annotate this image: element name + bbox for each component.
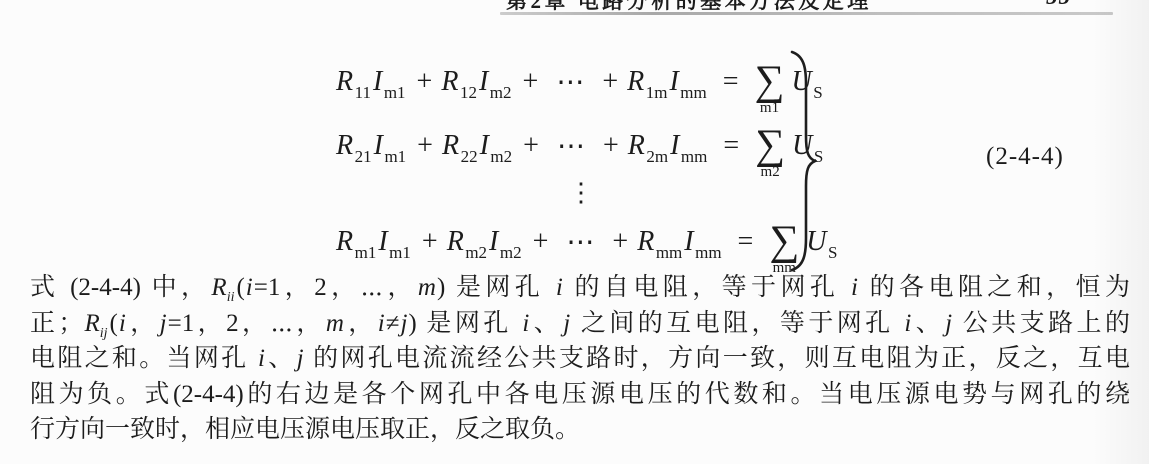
paragraph-line: 正；Rij(i，j=1，2，⋯，m，i≠j) 是网孔 i、j 之间的互电阻，等于… xyxy=(30,306,1130,342)
math-variable: i xyxy=(245,274,254,301)
text-run: ( xyxy=(110,310,118,337)
equation-row: R11Im1+R12Im2+⋯+R1mImm=∑m1US xyxy=(336,50,840,114)
math-variable: Rii xyxy=(210,274,236,301)
math-variable: Rm1 xyxy=(336,226,378,258)
math-variable: j xyxy=(159,310,168,337)
math-operator: + xyxy=(422,226,438,258)
math-variable: R22 xyxy=(442,130,480,162)
sigma-glyph: ∑ xyxy=(755,63,785,99)
equals-sign: = xyxy=(723,66,739,98)
math-variable: Im2 xyxy=(479,66,514,98)
math-variable: j xyxy=(944,310,953,337)
text-run: 电阻之和。当网孔 xyxy=(30,345,257,372)
text-run: 的自电阻，等于网孔 xyxy=(564,274,850,301)
math-variable: m xyxy=(325,310,345,337)
equals-sign: = xyxy=(723,130,739,162)
math-operator: + xyxy=(523,130,539,162)
paragraph-line: 阻为负。式(2-4-4)的右边是各个网孔中各电压源电压的代数和。当电压源电势与网… xyxy=(30,377,1130,413)
math-variable: R21 xyxy=(336,130,374,162)
math-operator: ⋯ xyxy=(557,129,585,163)
text-run: 式 (2-4-4) 中， xyxy=(30,274,210,301)
math-variable: R1m xyxy=(627,66,669,98)
paragraph-line: 式 (2-4-4) 中，Rii(i=1，2，⋯，m) 是网孔 i 的自电阻，等于… xyxy=(30,270,1130,306)
math-variable: Imm xyxy=(670,130,709,162)
header-rule xyxy=(500,12,1113,15)
math-variable: R11 xyxy=(336,66,373,98)
text-run: ， xyxy=(345,310,377,337)
text-run: 的各电阻之和，恒为 xyxy=(859,274,1130,301)
math-operator: + xyxy=(523,66,539,98)
math-variable: R12 xyxy=(441,66,479,98)
text-run: ) 是网孔 xyxy=(408,310,521,337)
text-run: 之间的互电阻，等于网孔 xyxy=(571,310,903,337)
math-operator: + xyxy=(533,226,549,258)
equation-row: Rm1Im1+Rm2Im2+⋯+RmmImm=∑mmUS xyxy=(336,210,840,274)
summation-symbol: ∑m1 xyxy=(755,63,785,116)
math-variable: i xyxy=(118,310,127,337)
math-operator: ⋯ xyxy=(556,65,584,99)
text-run: 的网孔电流流经公共支路时，方向一致，则互电阻为正，反之，互电 xyxy=(305,345,1130,372)
math-variable: Rij xyxy=(83,310,109,337)
math-variable: Rmm xyxy=(637,226,684,258)
paragraph-line: 电阻之和。当网孔 i、j 的网孔电流流经公共支路时，方向一致，则互电阻为正，反之… xyxy=(30,341,1130,377)
math-variable: i xyxy=(555,274,564,301)
text-run: 、 xyxy=(912,310,944,337)
math-variable: m xyxy=(417,274,437,301)
text-run: ) 是网孔 xyxy=(437,274,555,301)
text-run: 阻为负。式(2-4-4)的右边是各个网孔中各电压源电压的代数和。当电压源电势与网… xyxy=(30,381,1130,408)
page-number: 55 xyxy=(1046,0,1071,10)
math-variable: Im1 xyxy=(373,66,408,98)
math-operator: + xyxy=(417,130,433,162)
math-variable: Imm xyxy=(669,66,708,98)
math-variable: i xyxy=(903,310,912,337)
equation-row: R21Im1+R22Im2+⋯+R2mImm=∑m2US xyxy=(336,114,840,178)
math-variable: j xyxy=(562,310,571,337)
scanned-textbook-page: 第2章 电路分析的基本方法及定理 55 R11Im1+R12Im2+⋯+R1mI… xyxy=(0,0,1149,464)
summation-index: m2 xyxy=(761,165,780,180)
equation-number: (2-4-4) xyxy=(986,142,1064,172)
math-operator: + xyxy=(417,66,433,98)
text-run: 、 xyxy=(530,310,562,337)
math-variable: Im1 xyxy=(378,226,413,258)
body-paragraph: 式 (2-4-4) 中，Rii(i=1，2，⋯，m) 是网孔 i 的自电阻，等于… xyxy=(30,270,1130,448)
math-variable: i xyxy=(377,310,386,337)
text-run: ≠ xyxy=(386,310,400,337)
summation-index: m1 xyxy=(760,101,779,116)
text-run: 公共支路上的 xyxy=(953,310,1130,337)
sigma-glyph: ∑ xyxy=(755,127,785,163)
math-variable: Rm2 xyxy=(447,226,489,258)
text-run: 行方向一致时，相应电压源电压取正，反之取负。 xyxy=(30,416,580,443)
math-variable: Imm xyxy=(684,226,723,258)
math-variable: Im2 xyxy=(480,130,515,162)
text-run: 、 xyxy=(266,345,296,372)
math-operator: ⋯ xyxy=(566,225,594,259)
right-brace-icon xyxy=(789,50,817,277)
math-variable: i xyxy=(257,345,266,372)
math-variable: i xyxy=(521,310,530,337)
math-operator: + xyxy=(602,66,618,98)
summation-symbol: ∑m2 xyxy=(755,127,785,180)
math-variable: i xyxy=(850,274,859,301)
math-variable: Im1 xyxy=(374,130,409,162)
text-run: =1，2，⋯， xyxy=(168,310,325,337)
text-run: ， xyxy=(127,310,159,337)
equals-sign: = xyxy=(738,226,754,258)
text-run: ( xyxy=(236,274,244,301)
equation-rows: R11Im1+R12Im2+⋯+R1mImm=∑m1USR21Im1+R22Im… xyxy=(336,50,840,274)
text-run: 正； xyxy=(30,310,83,337)
math-variable: j xyxy=(296,345,305,372)
paragraph-line: 行方向一致时，相应电压源电压取正，反之取负。 xyxy=(30,412,1130,448)
math-operator: + xyxy=(612,226,628,258)
math-variable: Im2 xyxy=(489,226,524,258)
math-variable: R2m xyxy=(628,130,670,162)
text-run: =1，2，⋯， xyxy=(254,274,417,301)
math-operator: + xyxy=(603,130,619,162)
